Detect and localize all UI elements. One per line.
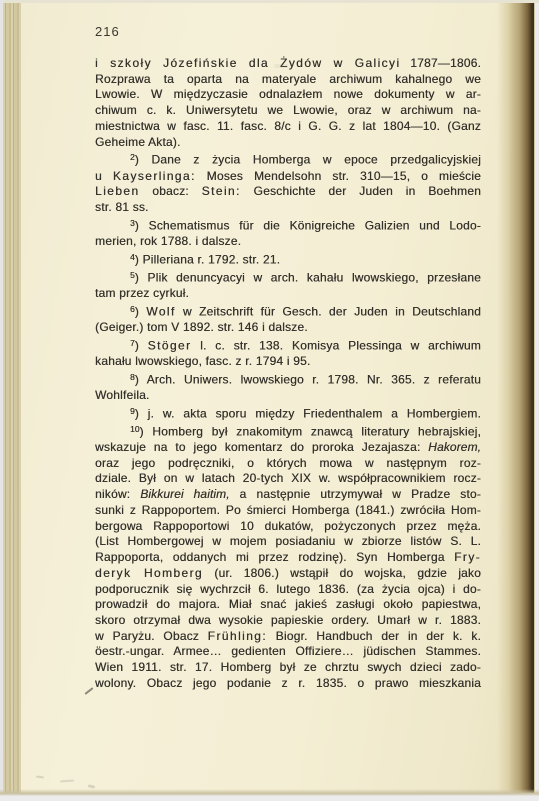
text-line: (Geiger.) tom V 1892. str. 146 i dalsze. bbox=[95, 320, 481, 336]
scanned-book-page: 216 i szkoły Józefińskie dla Żydów w Gal… bbox=[0, 0, 539, 801]
text-segment: ) Plik denuncyacyi w arch. kahału lwowsk… bbox=[135, 270, 481, 284]
text-line: wolony. Obacz jego podanie z r. 1835. o … bbox=[95, 676, 481, 692]
footnote-10: 10) Homberg był znakomitym znawcą litera… bbox=[95, 422, 481, 692]
text-segment: Wohlfeila. bbox=[95, 388, 149, 402]
text-line: Lieben obacz: Stein: Geschichte der Jude… bbox=[95, 184, 481, 200]
text-segment: i szkoły Józefińskie dla Żydów w Galicyi bbox=[95, 56, 400, 70]
text-line: Wien 1911. str. 17. Homberg był ze chrzt… bbox=[95, 660, 481, 676]
footnote-6: 6) Wolf w Zeitschrift für Gesch. der Jud… bbox=[95, 302, 481, 336]
text-segment: Hakorem, bbox=[428, 440, 481, 454]
text-segment: podporucznik się wychrzcił 6. lutego 183… bbox=[95, 582, 481, 596]
text-segment: Geheime Akta). bbox=[95, 135, 181, 149]
footnote-5: 5) Plik denuncyacyi w arch. kahału lwows… bbox=[95, 268, 481, 302]
text-segment: öestr.-ungar. Armee… gedienten Offiziere… bbox=[95, 644, 481, 658]
text-segment: ) Homberg był znakomitym znawcą literatu… bbox=[139, 424, 481, 438]
text-segment: (ur. 1806.) wstąpił do wojska, gdzie jak… bbox=[203, 566, 481, 580]
text-segment: w Zeitschrift für Gesch. der Juden in De… bbox=[176, 304, 481, 318]
text-segment: wolony. Obacz jego podanie z r. 1835. o … bbox=[95, 676, 481, 690]
text-line: oraz jego podręczniki, o których mowa w … bbox=[95, 456, 481, 472]
paper-smudge bbox=[274, 64, 288, 68]
text-segment: Wolf bbox=[146, 304, 175, 318]
text-line: (List Hombergowej w mojem posiadaniu w z… bbox=[95, 534, 481, 550]
footnote-3: 3) Schematismus für die Königreiche Gali… bbox=[95, 216, 481, 250]
text-line: str. 81 ss. bbox=[95, 200, 481, 216]
text-segment: str. 81 ss. bbox=[95, 200, 149, 214]
text-line: 10) Homberg był znakomitym znawcą litera… bbox=[95, 422, 481, 440]
text-line: 9) j. w. akta sporu między Friedenthalem… bbox=[95, 404, 481, 422]
text-segment: ) Arch. Uniwers. lwowskiego r. 1798. Nr.… bbox=[135, 372, 481, 386]
text-segment: Lieben bbox=[95, 184, 139, 198]
text-line: chiwum c. k. Uniwersytetu we Lwowie, ora… bbox=[95, 103, 481, 119]
text-line: 5) Plik denuncyacyi w arch. kahału lwows… bbox=[95, 268, 481, 286]
text-line: w Paryżu. Obacz Frühling: Biogr. Handbuc… bbox=[95, 629, 481, 645]
text-segment: ) Dane z życia Homberga w epoce przedgal… bbox=[135, 153, 481, 167]
text-segment: Kayserlinga: bbox=[113, 169, 196, 183]
text-segment: l. c. str. 138. Komisya Plessinga w arch… bbox=[191, 338, 481, 352]
text-block: i szkoły Józefińskie dla Żydów w Galicyi… bbox=[95, 56, 481, 692]
page-number: 216 bbox=[95, 24, 120, 39]
text-segment: u bbox=[95, 169, 113, 183]
text-segment: Rappoporta, oddanych mi przez rodzinę). … bbox=[95, 550, 454, 564]
text-segment: Wien 1911. str. 17. Homberg był ze chrzt… bbox=[95, 660, 481, 674]
text-segment: (Geiger.) tom V 1892. str. 146 i dalsze. bbox=[95, 320, 308, 334]
text-line: 4) Pilleriana r. 1792. str. 21. bbox=[95, 250, 481, 268]
text-line: prowadził do majora. Miał snać jakieś za… bbox=[95, 597, 481, 613]
text-segment: Lwowie. W międzyczasie odnalazłem nowe d… bbox=[95, 87, 481, 101]
text-segment: 1787—1806. bbox=[400, 56, 481, 70]
text-segment: Biogr. Handbuch der in der k. k. bbox=[267, 629, 481, 643]
text-segment: skoro otrzymał dwa wysokie papieskie ord… bbox=[95, 613, 481, 627]
text-line: wskazuje na to jego komentarz do proroka… bbox=[95, 440, 481, 456]
text-segment: (List Hombergowej w mojem posiadaniu w z… bbox=[95, 534, 481, 548]
text-line: 2) Dane z życia Homberga w epoce przedga… bbox=[95, 150, 481, 168]
text-segment: ników: bbox=[95, 487, 140, 501]
text-segment: ) Schematismus für die Königreiche Galiz… bbox=[135, 218, 481, 232]
text-line: skoro otrzymał dwa wysokie papieskie ord… bbox=[95, 613, 481, 629]
text-segment: bergowa Rappoportowi 10 dukatów, pożyczo… bbox=[95, 519, 481, 533]
text-line: tam przez cyrkuł. bbox=[95, 286, 481, 302]
text-segment: Stöger bbox=[148, 338, 192, 352]
footnote-7: 7) Stöger l. c. str. 138. Komisya Plessi… bbox=[95, 336, 481, 370]
text-line: u Kayserlinga: Moses Mendelsohn str. 310… bbox=[95, 169, 481, 185]
text-segment: obacz: bbox=[139, 184, 201, 198]
text-segment: ) bbox=[135, 304, 146, 318]
scan-right-border bbox=[534, 0, 539, 801]
footnote-8: 8) Arch. Uniwers. lwowskiego r. 1798. Nr… bbox=[95, 370, 481, 404]
text-segment: miestnictwa w fasc. 11. fasc. 8/c i G. G… bbox=[95, 119, 481, 133]
text-line: bergowa Rappoportowi 10 dukatów, pożyczo… bbox=[95, 519, 481, 535]
text-segment: w Paryżu. Obacz bbox=[95, 629, 208, 643]
text-line: sunki z Rappoportem. Po śmierci Homberga… bbox=[95, 503, 481, 519]
text-line: merien, rok 1788. i dalsze. bbox=[95, 234, 481, 250]
text-segment: Frühling: bbox=[208, 629, 267, 643]
text-segment: Bikkurei haitim, bbox=[140, 487, 229, 501]
text-line: Geheime Akta). bbox=[95, 135, 481, 151]
text-line: deryk Homberg (ur. 1806.) wstąpił do woj… bbox=[95, 566, 481, 582]
text-segment: Geschichte der Juden in Boehmen bbox=[241, 184, 481, 198]
text-line: 6) Wolf w Zeitschrift für Gesch. der Jud… bbox=[95, 302, 481, 320]
text-segment: ) bbox=[135, 338, 148, 352]
book-left-page-edges bbox=[3, 2, 21, 793]
text-segment: sunki z Rappoportem. Po śmierci Homberga… bbox=[95, 503, 481, 517]
scan-left-border bbox=[0, 0, 3, 801]
text-segment: Fry- bbox=[454, 550, 481, 564]
text-line: öestr.-ungar. Armee… gedienten Offiziere… bbox=[95, 644, 481, 660]
page-bottom-edge bbox=[0, 789, 539, 801]
text-line: 7) Stöger l. c. str. 138. Komisya Plessi… bbox=[95, 336, 481, 354]
text-line: dziale. Był on w latach 20-tych XIX w. w… bbox=[95, 471, 481, 487]
text-segment: Stein: bbox=[202, 184, 241, 198]
text-line: miestnictwa w fasc. 11. fasc. 8/c i G. G… bbox=[95, 119, 481, 135]
text-segment: kahału lwowskiego, fasc. z r. 1794 i 95. bbox=[95, 354, 310, 368]
text-line: Rozprawa ta oparta na materyale archiwum… bbox=[95, 72, 481, 88]
text-line: 8) Arch. Uniwers. lwowskiego r. 1798. Nr… bbox=[95, 370, 481, 388]
text-line: Wohlfeila. bbox=[95, 388, 481, 404]
text-segment: merien, rok 1788. i dalsze. bbox=[95, 234, 241, 248]
text-segment: Moses Mendelsohn str. 310—15, o mieście bbox=[196, 169, 481, 183]
text-segment: ) Pilleriana r. 1792. str. 21. bbox=[135, 252, 280, 266]
text-line: Rappoporta, oddanych mi przez rodzinę). … bbox=[95, 550, 481, 566]
text-segment: ) j. w. akta sporu między Friedenthalem … bbox=[135, 406, 481, 420]
footnote-9: 9) j. w. akta sporu między Friedenthalem… bbox=[95, 404, 481, 422]
text-segment: prowadził do majora. Miał snać jakieś za… bbox=[95, 597, 481, 611]
text-segment: deryk Homberg bbox=[95, 566, 203, 580]
footnote-continuation: i szkoły Józefińskie dla Żydów w Galicyi… bbox=[95, 56, 481, 150]
text-segment: a następnie utrzymywał w Pradze sto- bbox=[230, 487, 481, 501]
text-line: Lwowie. W międzyczasie odnalazłem nowe d… bbox=[95, 87, 481, 103]
text-line: kahału lwowskiego, fasc. z r. 1794 i 95. bbox=[95, 354, 481, 370]
text-line: 3) Schematismus für die Königreiche Gali… bbox=[95, 216, 481, 234]
text-segment: Rozprawa ta oparta na materyale archiwum… bbox=[95, 72, 481, 86]
text-line: i szkoły Józefińskie dla Żydów w Galicyi… bbox=[95, 56, 481, 72]
scan-top-border bbox=[0, 0, 539, 3]
text-line: ników: Bikkurei haitim, a następnie utrz… bbox=[95, 487, 481, 503]
text-segment: chiwum c. k. Uniwersytetu we Lwowie, ora… bbox=[95, 103, 481, 117]
text-segment: oraz jego podręczniki, o których mowa w … bbox=[95, 456, 481, 470]
footnote-4: 4) Pilleriana r. 1792. str. 21. bbox=[95, 250, 481, 268]
footnote-2: 2) Dane z życia Homberga w epoce przedga… bbox=[95, 150, 481, 215]
text-segment: wskazuje na to jego komentarz do proroka… bbox=[95, 440, 428, 454]
text-segment: tam przez cyrkuł. bbox=[95, 286, 189, 300]
text-line: podporucznik się wychrzcił 6. lutego 183… bbox=[95, 582, 481, 598]
book-spine-shadow bbox=[497, 2, 534, 793]
text-segment: dziale. Był on w latach 20-tych XIX w. w… bbox=[95, 471, 481, 485]
